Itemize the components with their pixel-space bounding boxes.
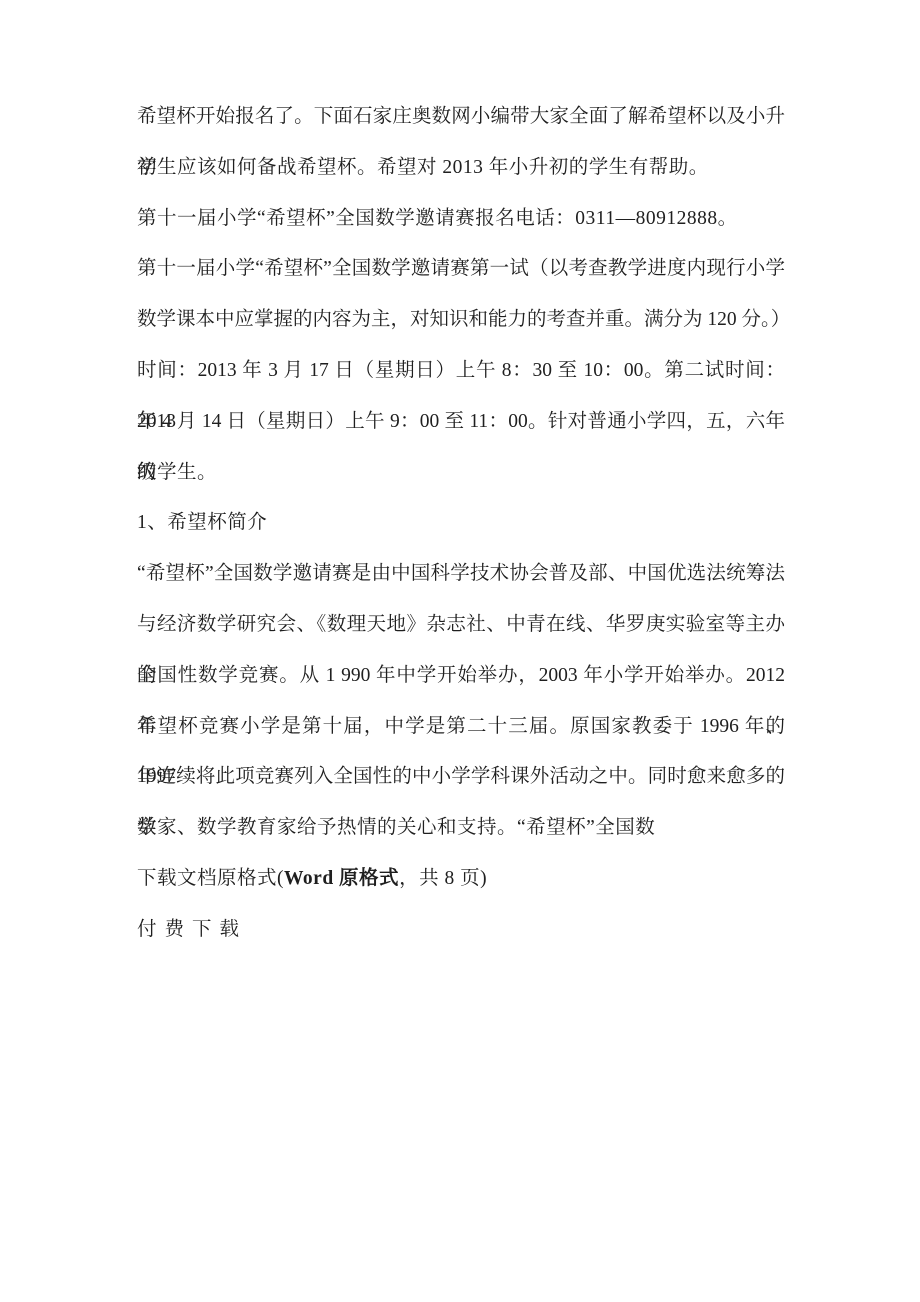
download-word-format-label: Word 原格式 bbox=[284, 868, 399, 889]
download-original-prefix: 下载文档原格式( bbox=[137, 868, 284, 889]
doc-line: 年连续将此项竞赛列入全国性的中小学学科课外活动之中。同时愈来愈多的数 bbox=[137, 752, 785, 803]
document-preview-page: 希望杯开始报名了。下面石家庄奥数网小编带大家全面了解希望杯以及小升初 学生应该如… bbox=[0, 0, 920, 1302]
doc-line: 全国性数学竞赛。从 1 990 年中学开始举办，2003 年小学开始举办。201… bbox=[137, 651, 785, 702]
doc-line: 第十一届小学“希望杯”全国数学邀请赛报名电话：0311—80912888。 bbox=[137, 194, 785, 245]
doc-line: 希望杯开始报名了。下面石家庄奥数网小编带大家全面了解希望杯以及小升初 bbox=[137, 92, 785, 143]
doc-line: 的学生。 bbox=[137, 448, 785, 499]
doc-line: 时间：2013 年 3 月 17 日（星期日）上午 8：30 至 10：00。第… bbox=[137, 346, 785, 397]
doc-line: 希望杯竞赛小学是第十届，中学是第二十三届。原国家教委于 1996 年、1997 bbox=[137, 702, 785, 753]
doc-line: 学生应该如何备战希望杯。希望对 2013 年小升初的学生有帮助。 bbox=[137, 143, 785, 194]
doc-line: 学家、数学教育家给予热情的关心和支持。“希望杯”全国数 bbox=[137, 803, 785, 854]
doc-line: 年 4 月 14 日（星期日）上午 9：00 至 11：00。针对普通小学四，五… bbox=[137, 397, 785, 448]
download-original-suffix: ，共 8 页) bbox=[399, 868, 487, 889]
doc-section-heading: 1、希望杯简介 bbox=[137, 498, 785, 549]
paid-download-link[interactable]: 付费下载 bbox=[137, 905, 785, 956]
download-original-link[interactable]: 下载文档原格式(Word 原格式，共 8 页) bbox=[137, 854, 785, 905]
doc-line: 与经济数学研究会、《数理天地》杂志社、中青在线、华罗庚实验室等主办的 bbox=[137, 600, 785, 651]
doc-line: “希望杯”全国数学邀请赛是由中国科学技术协会普及部、中国优选法统筹法 bbox=[137, 549, 785, 600]
doc-line: 数学课本中应掌握的内容为主，对知识和能力的考查并重。满分为 120 分。） bbox=[137, 295, 785, 346]
document-body: 希望杯开始报名了。下面石家庄奥数网小编带大家全面了解希望杯以及小升初 学生应该如… bbox=[137, 92, 785, 956]
doc-line: 第十一届小学“希望杯”全国数学邀请赛第一试（以考查教学进度内现行小学 bbox=[137, 244, 785, 295]
